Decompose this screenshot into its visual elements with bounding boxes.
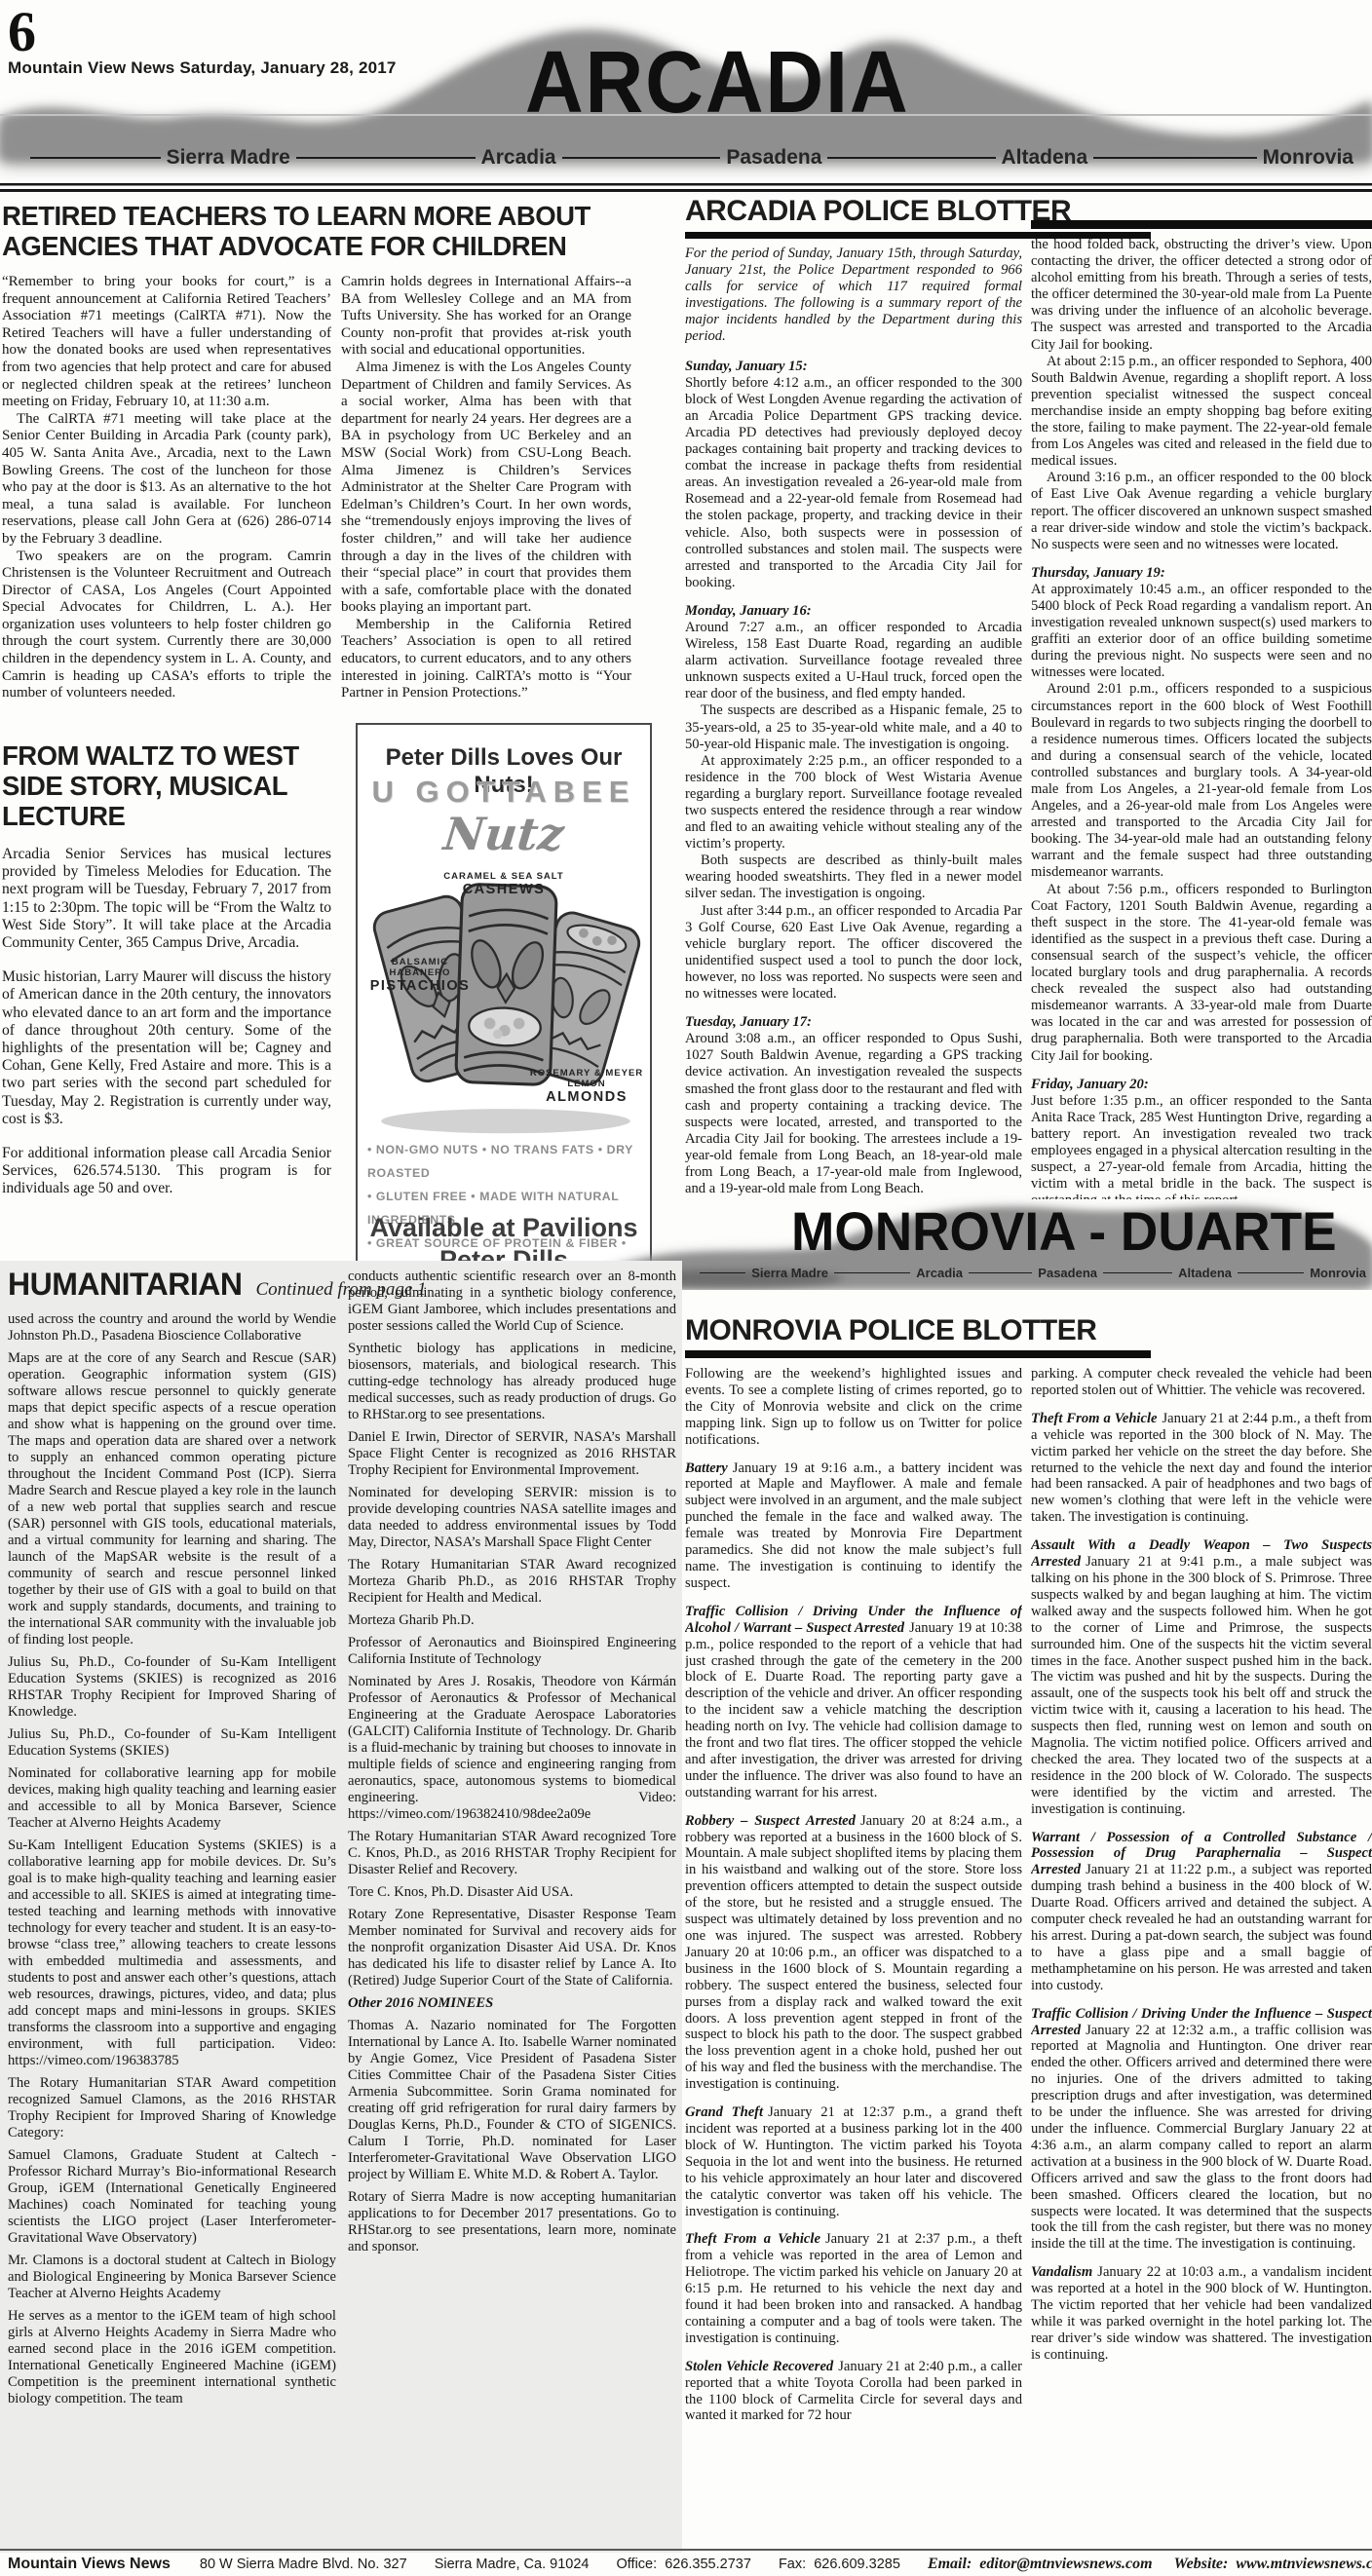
article-paragraph: The CalRTA #71 meeting will take place a… — [2, 411, 331, 549]
blotter-entry: Shortly before 4:12 a.m., an officer res… — [685, 375, 1022, 591]
blotter-entry: Around 7:27 a.m., an officer responded t… — [685, 620, 1022, 702]
article-paragraph: Rotary of Sierra Madre is now accepting … — [348, 2189, 676, 2255]
city-strip-item: Pasadena — [559, 146, 825, 170]
article-paragraph: Nominated for developing SERVIR: mission… — [348, 1485, 676, 1551]
city-strip-item: Arcadia — [293, 146, 559, 170]
blotter-entry: Around 3:08 a.m., an officer responded t… — [685, 1031, 1022, 1197]
article-paragraph: Maps are at the core of any Search and R… — [8, 1350, 336, 1648]
city-name: Sierra Madre — [164, 146, 293, 170]
waltz-column: Arcadia Senior Services has musical lect… — [2, 846, 331, 1231]
article-paragraph: Two speakers are on the program. Camrin … — [2, 549, 331, 702]
footer-email: Email: editor@mtnviewsnews.com — [928, 2556, 1153, 2572]
blotter-entry: Friday, January 20: — [1031, 1077, 1372, 1093]
city-divider-line — [30, 157, 161, 159]
city-name: Pasadena — [1035, 1266, 1100, 1280]
city-strip-item: Sierra Madre — [697, 1266, 831, 1280]
city-name: Altadena — [999, 146, 1091, 170]
article-paragraph: “Remember to bring your books for court,… — [2, 274, 331, 411]
monrovia-blotter-column-1: Following are the weekend’s highlighted … — [685, 1366, 1022, 2543]
footer-fax: Fax: 626.609.3285 — [779, 2557, 900, 2572]
article-paragraph: Music historian, Larry Maurer will discu… — [2, 968, 331, 1128]
blotter-entry: Just before 1:35 p.m., an officer respon… — [1031, 1093, 1372, 1199]
bag-flavor: ROSEMARY & MEYER LEMON — [525, 1068, 648, 1089]
city-divider-line — [562, 157, 721, 159]
article-paragraph: Julius Su, Ph.D., Co-founder of Su-Kam I… — [8, 1654, 336, 1721]
blotter-entry: Thursday, January 19: — [1031, 565, 1372, 582]
blotter-entry: Traffic Collision / Driving Under the In… — [685, 1604, 1022, 1801]
blotter-entry: Stolen Vehicle RecoveredJanuary 21 at 2:… — [685, 2359, 1022, 2425]
footer-office: Office: 626.355.2737 — [617, 2557, 751, 2572]
city-name: Altadena — [1175, 1266, 1235, 1280]
article-paragraph: Arcadia Senior Services has musical lect… — [2, 846, 331, 952]
article-paragraph: Mr. Clamons is a doctoral student at Cal… — [8, 2253, 336, 2302]
article-paragraph: Samuel Clamons, Graduate Student at Calt… — [8, 2147, 336, 2247]
blotter-entry: BatteryJanuary 19 at 9:16 a.m., a batter… — [685, 1460, 1022, 1592]
humanitarian-column-2: conducts authentic scientific research o… — [348, 1269, 676, 2543]
newspaper-page: 6 Mountain View News Saturday, January 2… — [0, 0, 1372, 2576]
blotter-entry: Assault With a Deadly Weapon – Two Suspe… — [1031, 1537, 1372, 1817]
humanitarian-column-1: used across the country and around the w… — [8, 1311, 336, 2543]
bag-product: ALMONDS — [525, 1089, 648, 1105]
city-divider-line — [969, 1272, 1032, 1273]
city-strip-item: Monrovia — [1090, 146, 1356, 170]
monrovia-blotter-column-2: parking. A computer check revealed the v… — [1031, 1366, 1372, 2543]
retired-teachers-headline: RETIRED TEACHERS TO LEARN MORE ABOUT AGE… — [2, 201, 657, 261]
section-banner-title: ARCADIA — [55, 37, 1316, 130]
city-divider-line — [1103, 1272, 1172, 1273]
city-strip-monrovia: Sierra Madre Arcadia Pasadena Altadena M… — [697, 1264, 1369, 1281]
city-divider-line — [1238, 1272, 1304, 1273]
bag-product: CASHEWS — [416, 882, 591, 897]
ad-brand-name: U GOTTABEE — [358, 776, 650, 809]
city-divider-line — [296, 157, 476, 159]
article-paragraph: The Rotary Humanitarian STAR Award compe… — [8, 2075, 336, 2141]
article-paragraph: conducts authentic scientific research o… — [348, 1269, 676, 1335]
city-name: Sierra Madre — [748, 1266, 831, 1280]
retired-teachers-column-1: “Remember to bring your books for court,… — [2, 274, 331, 730]
article-paragraph: For additional information please call A… — [2, 1145, 331, 1198]
footer-rule — [0, 2549, 1372, 2551]
city-divider-line — [827, 157, 995, 159]
article-paragraph: Professor of Aeronautics and Bioinspired… — [348, 1635, 676, 1668]
city-strip-item: Pasadena — [966, 1266, 1100, 1280]
retired-teachers-column-2: Camrin holds degrees in International Af… — [341, 274, 631, 730]
city-name: Pasadena — [723, 146, 824, 170]
city-strip-item: Arcadia — [831, 1266, 966, 1280]
blotter-entry: Theft From a VehicleJanuary 21 at 2:37 p… — [685, 2231, 1022, 2346]
blotter-entry: Around 3:16 p.m., an officer responded t… — [1031, 470, 1372, 552]
blotter-entry: Theft From a VehicleJanuary 21 at 2:44 p… — [1031, 1411, 1372, 1526]
article-paragraph: Synthetic biology has applications in me… — [348, 1341, 676, 1423]
blotter-entry: At about 2:15 p.m., an officer responded… — [1031, 354, 1372, 471]
blotter-entry: Following are the weekend’s highlighted … — [685, 1366, 1022, 1449]
blotter-entry: VandalismJanuary 22 at 10:03 a.m., a van… — [1031, 2264, 1372, 2363]
bag-flavor: BALSAMIC HABANERO — [363, 957, 476, 978]
blotter-entry: parking. A computer check revealed the v… — [1031, 1366, 1372, 1399]
article-paragraph: The Rotary Humanitarian STAR Award recog… — [348, 1829, 676, 1878]
page-number: 6 — [8, 4, 36, 60]
blotter-entry: At approximately 10:45 a.m., an officer … — [1031, 582, 1372, 682]
blotter-entry: Robbery – Suspect ArrestedJanuary 20 at … — [685, 1813, 1022, 2093]
article-paragraph: Other 2016 NOMINEES — [348, 1995, 676, 2012]
blotter-entry: Tuesday, January 17: — [685, 1014, 1022, 1031]
blotter-entry: Warrant / Possession of a Controlled Sub… — [1031, 1830, 1372, 1994]
city-strip-item: Altadena — [824, 146, 1090, 170]
monrovia-blotter-rule — [685, 1350, 1151, 1358]
article-paragraph: Nominated by Ares J. Rosakis, Theodore v… — [348, 1674, 676, 1823]
blotter-entry: The suspects are described as a Hispanic… — [685, 702, 1022, 752]
article-paragraph: Daniel E Irwin, Director of SERVIR, NASA… — [348, 1429, 676, 1479]
city-strip-item: Monrovia — [1235, 1266, 1369, 1280]
arcadia-blotter-column-2: the hood folded back, obstructing the dr… — [1031, 237, 1372, 1199]
article-paragraph: used across the country and around the w… — [8, 1311, 336, 1345]
footer-name: Mountain Views News — [8, 2556, 171, 2572]
blotter-entry: Both suspects are described as thinly-bu… — [685, 852, 1022, 902]
blotter-entry: Around 2:01 p.m., officers responded to … — [1031, 681, 1372, 881]
article-paragraph: Su-Kam Intelligent Education Systems (SK… — [8, 1837, 336, 2069]
column-top-rule — [1031, 220, 1372, 229]
city-name: Monrovia — [1307, 1266, 1369, 1280]
city-divider-line — [700, 1272, 745, 1273]
city-strip-item: Altadena — [1100, 1266, 1235, 1280]
city-divider-line — [834, 1272, 910, 1273]
footer: Mountain Views News 80 W Sierra Madre Bl… — [8, 2555, 1370, 2574]
humanitarian-title: HUMANITARIAN — [8, 1267, 242, 1302]
bag-label-right: ROSEMARY & MEYER LEMON ALMONDS — [525, 1068, 648, 1105]
city-strip: Sierra Madre Arcadia Pasadena Altadena M… — [27, 146, 1356, 170]
article-paragraph: Camrin holds degrees in International Af… — [341, 274, 631, 360]
bag-label-left: BALSAMIC HABANERO PISTACHIOS — [363, 957, 476, 994]
article-paragraph: Membership in the California Retired Tea… — [341, 617, 631, 702]
article-paragraph: Alma Jimenez is with the Los Angeles Cou… — [341, 360, 631, 617]
blotter-entry: At approximately 2:25 p.m., an officer r… — [685, 753, 1022, 853]
blotter-entry: At about 7:56 p.m., officers responded t… — [1031, 882, 1372, 1065]
bag-label-center: CARAMEL & SEA SALT CASHEWS — [416, 871, 591, 897]
city-name: Arcadia — [913, 1266, 966, 1280]
bag-product: PISTACHIOS — [363, 978, 476, 994]
waltz-headline: FROM WALTZ TO WEST SIDE STORY, MUSICAL L… — [2, 740, 325, 831]
blotter-entry: Sunday, January 15: — [685, 359, 1022, 375]
city-divider-line — [1093, 157, 1256, 159]
blotter-entry: Grand TheftJanuary 21 at 12:37 p.m., a g… — [685, 2104, 1022, 2219]
blotter-entry: Monday, January 16: — [685, 603, 1022, 620]
footer-city: Sierra Madre, Ca. 91024 — [435, 2557, 590, 2572]
article-paragraph: Thomas A. Nazario nominated for The Forg… — [348, 2018, 676, 2183]
ad-bullet: • NON-GMO NUTS • NO TRANS FATS • DRY ROA… — [367, 1138, 648, 1185]
monrovia-blotter-title: MONROVIA POLICE BLOTTER — [685, 1315, 1153, 1346]
city-strip-item: Sierra Madre — [27, 146, 293, 170]
article-paragraph: The Rotary Humanitarian STAR Award recog… — [348, 1557, 676, 1607]
blotter-entry: For the period of Sunday, January 15th, … — [685, 246, 1022, 346]
footer-website: Website: www.mtnviewsnews.com — [1174, 2556, 1372, 2572]
arcadia-blotter-column-1: For the period of Sunday, January 15th, … — [685, 246, 1022, 1198]
article-paragraph: He serves as a mentor to the iGEM team o… — [8, 2308, 336, 2407]
city-name: Monrovia — [1260, 146, 1356, 170]
blotter-entry: Traffic Collision / Driving Under the In… — [1031, 2006, 1372, 2254]
city-name: Arcadia — [478, 146, 559, 170]
article-paragraph: Rotary Zone Representative, Disaster Res… — [348, 1907, 676, 1989]
article-paragraph: Nominated for collaborative learning app… — [8, 1765, 336, 1832]
article-paragraph: Tore C. Knos, Ph.D. Disaster Aid USA. — [348, 1884, 676, 1901]
monrovia-banner-title: MONROVIA - DUARTE — [791, 1202, 1337, 1261]
footer-address: 80 W Sierra Madre Blvd. No. 327 — [200, 2557, 407, 2572]
blotter-entry: Just after 3:44 p.m., an officer respond… — [685, 903, 1022, 1004]
article-paragraph: Morteza Gharib Ph.D. — [348, 1612, 676, 1629]
blotter-entry: the hood folded back, obstructing the dr… — [1031, 237, 1372, 354]
section-rule — [0, 183, 1372, 195]
article-paragraph: Julius Su, Ph.D., Co-founder of Su-Kam I… — [8, 1726, 336, 1760]
bag-flavor: CARAMEL & SEA SALT — [416, 871, 591, 882]
